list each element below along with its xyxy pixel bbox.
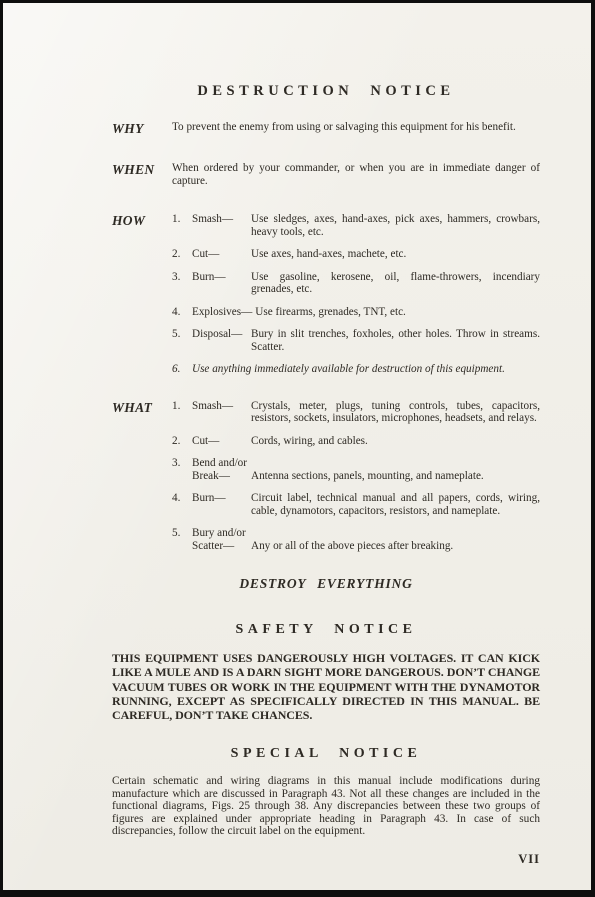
list-item: 5. Bury and/or Scatter— Any or all of th… [172,527,540,552]
item-term-line2-row: Break— Antenna sections, panels, mountin… [192,470,540,483]
item-description: Use axes, hand-axes, machete, etc. [251,248,540,261]
destroy-everything-line: DESTROY EVERYTHING [112,576,540,592]
item-description: Circuit label, technical manual and all … [251,492,540,517]
item-term-line1: Bury and/or [192,527,540,540]
item-term-line2-row: Scatter— Any or all of the above pieces … [192,540,540,553]
item-term: Explosives— [192,306,255,319]
item-term-line1: Bend and/or [192,457,540,470]
item-term: Cut— [192,435,251,448]
destruction-notice-title: DESTRUCTION NOTICE [112,83,540,100]
how-section: HOW 1. Smash— Use sledges, axes, hand-ax… [112,213,540,376]
list-item: 3. Burn— Use gasoline, kerosene, oil, fl… [172,271,540,296]
list-item: 1. Smash— Use sledges, axes, hand-axes, … [172,213,540,238]
list-item: 2. Cut— Cords, wiring, and cables. [172,435,540,448]
why-label: WHY [112,121,172,137]
item-description: Bury in slit trenches, foxholes, other h… [251,328,540,353]
item-description: Crystals, meter, plugs, tuning controls,… [251,400,540,425]
list-item: 3. Bend and/or Break— Antenna sections, … [172,457,540,482]
special-notice-title: SPECIAL NOTICE [112,746,540,762]
item-description: Use gasoline, kerosene, oil, flame-throw… [251,271,540,296]
page-number: VII [112,852,540,867]
list-item: 6. Use anything immediately available fo… [172,363,540,376]
item-number: 6. [172,363,192,376]
list-item: 1. Smash— Crystals, meter, plugs, tuning… [172,400,540,425]
what-items: 1. Smash— Crystals, meter, plugs, tuning… [172,400,540,553]
item-number: 5. [172,527,192,540]
item-number: 2. [172,248,192,261]
item-number: 3. [172,457,192,470]
item-term: Smash— [192,400,251,413]
when-text: When ordered by your commander, or when … [172,162,540,188]
item-cell: Bend and/or Break— Antenna sections, pan… [192,457,540,482]
item-term: Scatter— [192,540,251,553]
item-cell: Bury and/or Scatter— Any or all of the a… [192,527,540,552]
item-description: Use sledges, axes, hand-axes, pick axes,… [251,213,540,238]
safety-notice-body: THIS EQUIPMENT USES DANGEROUSLY HIGH VOL… [112,651,540,722]
item-number: 4. [172,306,192,319]
item-term: Burn— [192,492,251,505]
item-number: 5. [172,328,192,341]
item-number: 3. [172,271,192,284]
how-items: 1. Smash— Use sledges, axes, hand-axes, … [172,213,540,376]
manual-page: DESTRUCTION NOTICE WHY To prevent the en… [0,0,595,897]
list-item: 4. Explosives— Use firearms, grenades, T… [172,306,540,319]
special-notice-body: Certain schematic and wiring diagrams in… [112,775,540,838]
what-section: WHAT 1. Smash— Crystals, meter, plugs, t… [112,400,540,553]
list-item: 5. Disposal— Bury in slit trenches, foxh… [172,328,540,353]
why-text: To prevent the enemy from using or salva… [172,121,540,134]
what-label: WHAT [112,400,172,416]
item-description: Any or all of the above pieces after bre… [251,540,540,553]
item-description: Use firearms, grenades, TNT, etc. [255,306,540,319]
list-item: 2. Cut— Use axes, hand-axes, machete, et… [172,248,540,261]
item-number: 4. [172,492,192,505]
item-number: 1. [172,213,192,226]
safety-notice-title: SAFETY NOTICE [112,622,540,638]
item-number: 2. [172,435,192,448]
item-term: Smash— [192,213,251,226]
item-number: 1. [172,400,192,413]
item-term: Burn— [192,271,251,284]
item-description: Antenna sections, panels, mounting, and … [251,470,540,483]
item-description: Use anything immediately available for d… [192,363,540,376]
item-description: Cords, wiring, and cables. [251,435,540,448]
when-label: WHEN [112,162,172,178]
how-label: HOW [112,213,172,229]
item-term: Cut— [192,248,251,261]
when-section: WHEN When ordered by your commander, or … [112,162,540,188]
why-section: WHY To prevent the enemy from using or s… [112,121,540,137]
item-term: Break— [192,470,251,483]
item-term: Disposal— [192,328,251,341]
page-content: DESTRUCTION NOTICE WHY To prevent the en… [3,83,591,867]
list-item: 4. Burn— Circuit label, technical manual… [172,492,540,517]
